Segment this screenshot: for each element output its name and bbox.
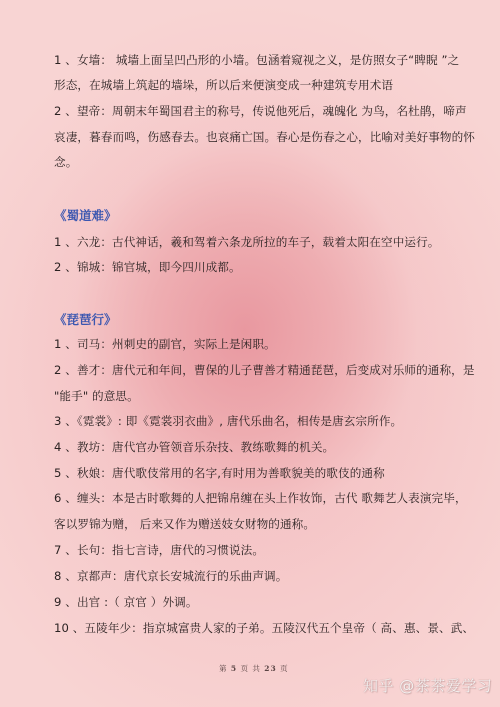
pipaxing-item-5: 5 、秋娘：唐代歌伎常用的名字,有时用为善歌貌美的歌伎的通称 bbox=[54, 466, 385, 480]
section-heading-shudaonan: 《蜀道难》 bbox=[54, 208, 117, 223]
zhihu-watermark: 知乎 @茶茶爱学习 bbox=[363, 675, 492, 696]
pipaxing-item-10: 10 、五陵年少：指京城富贵人家的子弟。五陵汉代五个皇帝（ 高、惠、景、武、 bbox=[54, 621, 474, 635]
pipaxing-item-2-line-2: "能手" 的意思。 bbox=[54, 389, 139, 403]
pipaxing-item-2-line-1: 2 、善才：唐代元和年间，曹保的儿子曹善才精通琵琶，后变成对乐师的通称，是 bbox=[54, 363, 475, 377]
footer-prefix: 第 bbox=[219, 664, 228, 673]
pipaxing-item-6-line-1: 6 、缠头：本是古时歌舞的人把锦帛缠在头上作妆饰，古代 歌舞艺人表演完毕， bbox=[54, 491, 467, 505]
intro-item-1-line-2: 形态，在城墙上筑起的墙垛，所以后来便演变成一种建筑专用术语 bbox=[54, 78, 393, 92]
shudaonan-item-1: 1 、六龙：古代神话，羲和驾着六条龙所拉的车子，载着太阳在空中运行。 bbox=[54, 235, 439, 249]
pipaxing-item-6-line-2: 客以罗锦为赠， 后来又作为赠送妓女财物的通称。 bbox=[54, 517, 315, 531]
intro-item-2-line-2: 哀凄，暮春而鸣，伤感春去。也哀痛亡国。春心是伤春之心，比喻对美好事物的怀 bbox=[54, 130, 475, 144]
total-page-count: 23 bbox=[264, 664, 276, 673]
footer-suffix: 页 bbox=[280, 664, 289, 673]
intro-item-2-line-1: 2 、望帝：周朝末年蜀国君主的称号，传说他死后，魂魄化 为鸟，名杜鹃，啼声 bbox=[54, 104, 467, 118]
intro-item-1-line-1: 1 、女墙： 城墙上面呈凹凸形的小墙。包涵着窥视之义，是仿照女子“睥睨 ”之 bbox=[54, 53, 459, 67]
pipaxing-item-3: 3 、《霓裳》: 即《霓裳羽衣曲》, 唐代乐曲名，相传是唐玄宗所作。 bbox=[54, 414, 402, 428]
pipaxing-item-9: 9 、出官 :（ 京官 ）外调。 bbox=[54, 595, 198, 609]
footer-middle: 页 共 bbox=[241, 664, 261, 673]
pipaxing-item-1: 1 、司马：州刺史的副官，实际上是闲职。 bbox=[54, 337, 276, 351]
pipaxing-item-7: 7 、长句：指七言诗，唐代的习惯说法。 bbox=[54, 543, 264, 557]
shudaonan-item-2: 2 、锦城：锦官城，即今四川成都。 bbox=[54, 260, 241, 274]
page-number-footer: 第 5 页 共 23 页 bbox=[219, 663, 289, 674]
pipaxing-item-4: 4 、教坊：唐代官办管领音乐杂技、教练歌舞的机关。 bbox=[54, 440, 334, 454]
section-heading-pipaxing: 《琵琶行》 bbox=[54, 312, 117, 327]
pipaxing-item-8: 8 、京都声：唐代京长安城流行的乐曲声调。 bbox=[54, 569, 287, 583]
current-page-number: 5 bbox=[231, 664, 237, 673]
document-page: 1 、女墙： 城墙上面呈凹凸形的小墙。包涵着窥视之义，是仿照女子“睥睨 ”之 形… bbox=[0, 0, 500, 707]
intro-item-2-line-3: 念。 bbox=[54, 155, 77, 169]
